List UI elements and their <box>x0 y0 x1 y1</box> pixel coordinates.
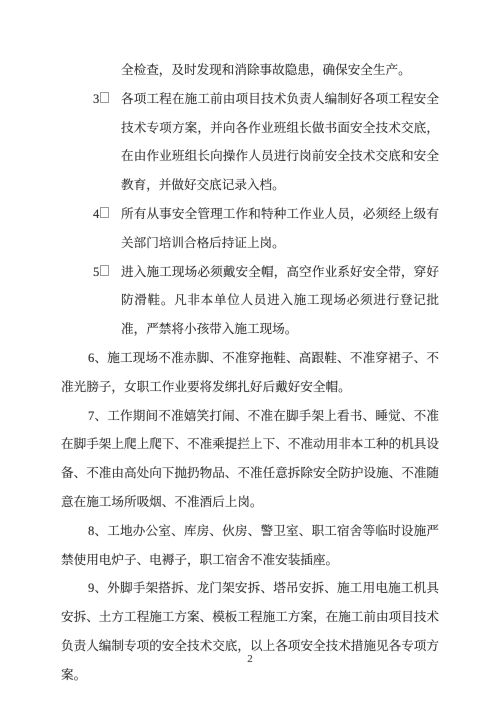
list-item-text: 所有从事安全管理工作和特种工作业人员，必须经上级有关部门培训合格后持证上岗。 <box>121 200 439 258</box>
missing-glyph-box-icon <box>100 265 109 276</box>
missing-glyph-box-icon <box>100 207 109 218</box>
list-item-4: 4 所有从事安全管理工作和特种工作业人员，必须经上级有关部门培训合格后持证上岗。 <box>61 200 439 258</box>
list-item-number: 3 <box>61 85 121 200</box>
list-item-text: 进入施工现场必须戴安全帽，高空作业系好安全带，穿好防滑鞋。凡非本单位人员进入施工… <box>121 258 439 344</box>
list-number-text: 5 <box>93 265 99 279</box>
paragraph-9: 9、外脚手架搭拆、龙门架安拆、塔吊安拆、施工用电施工机具安拆、土方工程施工方案、… <box>61 574 439 689</box>
page-content: 全检查，及时发现和消除事故隐患，确保安全生产。 3 各项工程在施工前由项目技术负… <box>61 56 439 690</box>
paragraph-7: 7、工作期间不准嬉笑打闹、不准在脚手架上看书、睡觉、不准在脚手架上爬上爬下、不准… <box>61 402 439 517</box>
paragraph-8: 8、工地办公室、库房、伙房、警卫室、职工宿舍等临时设施严禁使用电炉子、电褥子，职… <box>61 517 439 575</box>
paragraph-continuation: 全检查，及时发现和消除事故隐患，确保安全生产。 <box>121 56 439 85</box>
list-number-text: 4 <box>93 207 99 221</box>
list-item-text: 各项工程在施工前由项目技术负责人编制好各项工程安全技术专项方案，并向各作业班组长… <box>121 85 439 200</box>
list-item-5: 5 进入施工现场必须戴安全帽，高空作业系好安全带，穿好防滑鞋。凡非本单位人员进入… <box>61 258 439 344</box>
document-page: 全检查，及时发现和消除事故隐患，确保安全生产。 3 各项工程在施工前由项目技术负… <box>0 0 500 707</box>
list-item-number: 4 <box>61 200 121 258</box>
missing-glyph-box-icon <box>100 92 109 103</box>
paragraph-6: 6、施工现场不准赤脚、不准穿拖鞋、高跟鞋、不准穿裙子、不准光膀子，女职工作业要将… <box>61 344 439 402</box>
page-number: 2 <box>0 653 500 665</box>
list-item-number: 5 <box>61 258 121 344</box>
list-item-3: 3 各项工程在施工前由项目技术负责人编制好各项工程安全技术专项方案，并向各作业班… <box>61 85 439 200</box>
list-number-text: 3 <box>93 92 99 106</box>
